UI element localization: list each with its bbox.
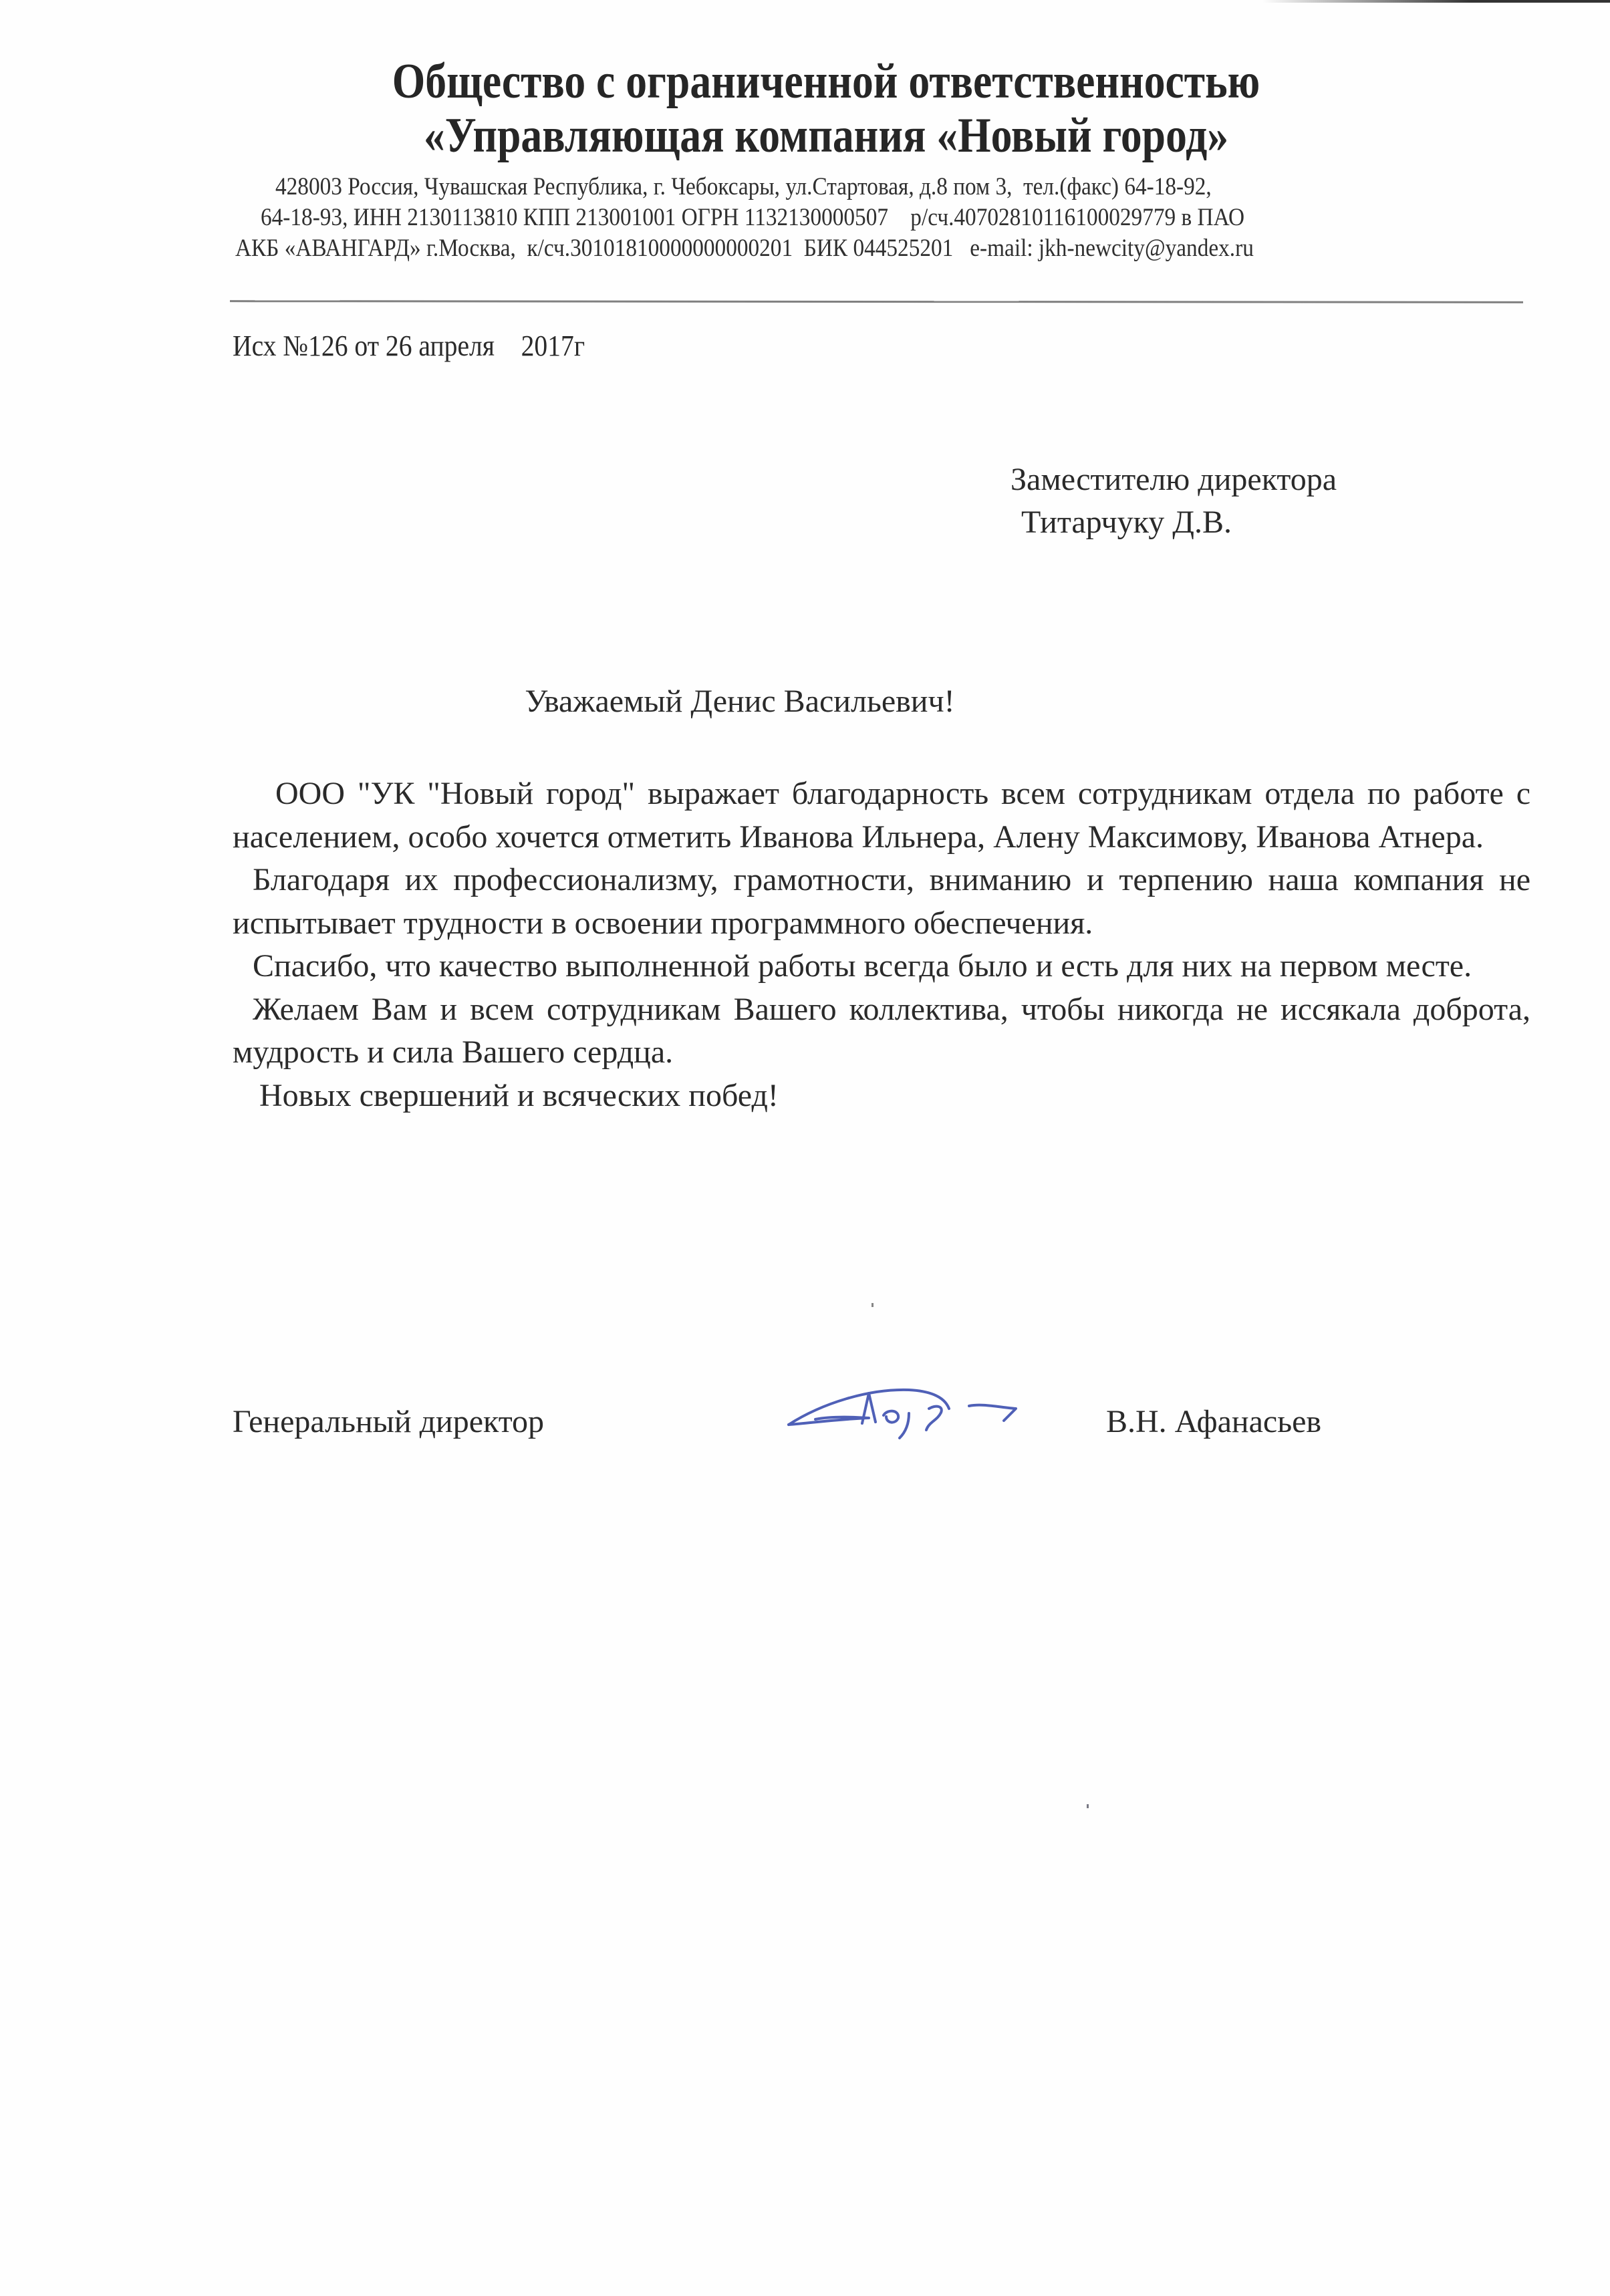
scan-edge-shadow [1262, 0, 1610, 3]
letterhead-title-line2: «Управляющая компания «Новый город» [134, 109, 1518, 162]
letterhead-divider [230, 300, 1523, 303]
addressee-name: Титарчуку Д.В. [1021, 501, 1232, 544]
body-paragraph: ООО "УК "Новый город" выражает благодарн… [233, 772, 1530, 859]
body-paragraph: Желаем Вам и всем сотрудникам Вашего кол… [233, 988, 1530, 1074]
body-paragraph: Благодаря их профессионализму, грамотнос… [233, 859, 1530, 945]
signature-block: Генеральный директор В.Н. Афанасьев [0, 1397, 1610, 1477]
addressee-position: Заместителю директора [1011, 458, 1337, 501]
scan-speck [871, 1303, 874, 1307]
letterhead-requisites-line2: 64-18-93, ИНН 2130113810 КПП 213001001 О… [261, 203, 1244, 233]
outgoing-reference: Исх №126 от 26 апреля 2017г [233, 329, 585, 363]
letterhead-title-line1: Общество с ограниченной ответственностью [134, 55, 1518, 108]
body-paragraph: Спасибо, что качество выполненной работы… [233, 945, 1530, 988]
body-paragraph: Новых свершений и всяческих побед! [233, 1074, 1530, 1118]
signatory-position: Генеральный директор [233, 1403, 544, 1440]
letterhead-requisites-line1: 428003 Россия, Чувашская Республика, г. … [275, 172, 1212, 202]
signatory-name: В.Н. Афанасьев [1106, 1403, 1321, 1440]
letterhead-requisites-line3: АКБ «АВАНГАРД» г.Москва, к/сч.3010181000… [235, 234, 1254, 263]
handwritten-signature-icon [769, 1377, 1029, 1450]
letter-page: Общество с ограниченной ответственностью… [0, 0, 1610, 2296]
salutation: Уважаемый Денис Васильевич! [0, 683, 1610, 720]
letter-body: ООО "УК "Новый город" выражает благодарн… [233, 772, 1530, 1117]
scan-speck [1087, 1804, 1089, 1808]
